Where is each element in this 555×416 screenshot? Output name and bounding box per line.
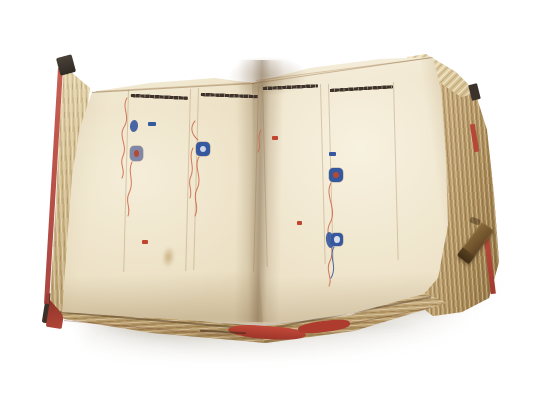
text-line xyxy=(330,85,393,91)
paraph-mark-blue xyxy=(148,122,156,126)
initial-left-col-a-counter xyxy=(134,150,140,157)
penwork-flourish-red xyxy=(258,130,261,152)
manuscript-photo: Photograph on a white background of an o… xyxy=(0,0,555,416)
paraph-mark-blue xyxy=(329,152,336,156)
ruling-line-horizontal xyxy=(96,82,252,92)
ruling-line-horizontal xyxy=(256,57,431,81)
text-line xyxy=(131,94,188,99)
text-line xyxy=(263,84,318,89)
script-segment xyxy=(201,93,246,97)
text-line xyxy=(201,93,258,98)
script-segment xyxy=(263,85,311,90)
paraph-mark-red xyxy=(272,136,278,140)
script-segment xyxy=(330,87,367,92)
initial-right-col-d xyxy=(329,168,343,182)
paraph-mark-red xyxy=(142,240,148,244)
paraph-mark-red xyxy=(297,221,302,225)
left-page-column-a xyxy=(123,94,188,267)
initial-left-col-b xyxy=(196,142,210,156)
left-page-column-b xyxy=(194,93,258,267)
right-page-column-c xyxy=(263,84,326,260)
initial-left-col-b-counter xyxy=(200,146,206,153)
penwork-flourish-red xyxy=(190,148,193,198)
initial-left-col-a xyxy=(130,146,143,161)
initial-right-col-d-lower xyxy=(331,233,343,246)
script-segment xyxy=(131,94,158,98)
initial-right-col-d-counter xyxy=(333,172,339,179)
initial-right-col-d-lower-counter xyxy=(334,236,340,242)
manuscript-content-layer xyxy=(0,0,555,416)
